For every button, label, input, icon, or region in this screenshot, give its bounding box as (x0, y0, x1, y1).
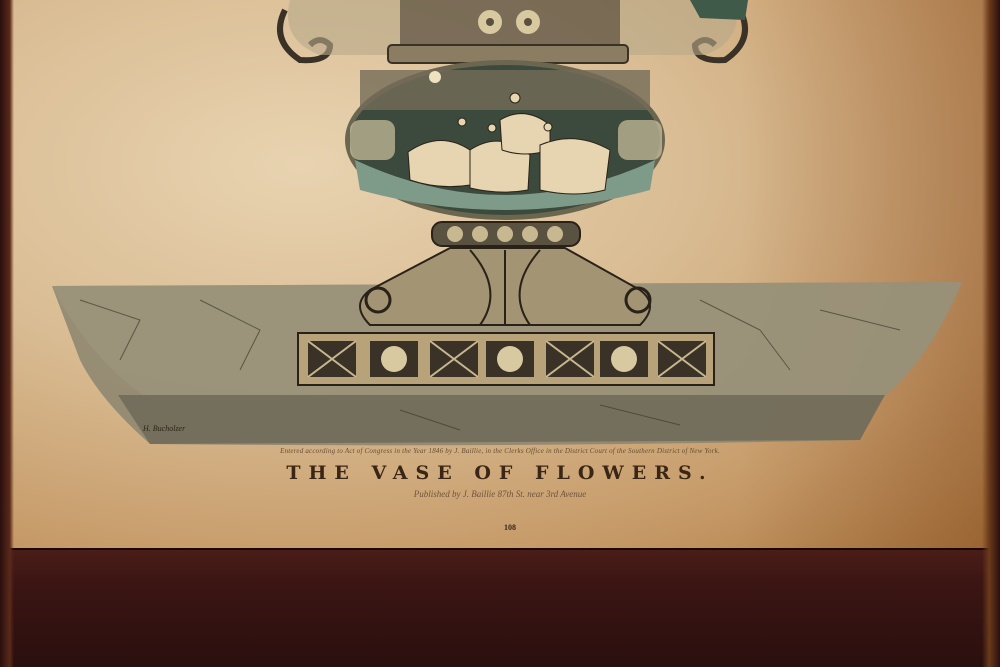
frame-right-edge (982, 0, 1000, 667)
wooden-frame (0, 548, 1000, 667)
copyright-line: Entered according to Act of Congress in … (220, 447, 780, 455)
vase-bowl (345, 60, 665, 220)
print-title: THE VASE OF FLOWERS. (220, 462, 780, 484)
acanthus-foot (360, 248, 650, 325)
publisher-line: Published by J. Baillie 87th St. near 3r… (350, 489, 650, 499)
frame-left-edge (0, 0, 14, 667)
moon (429, 71, 441, 83)
vase-base (298, 333, 714, 385)
artist-signature: H. Bucholzer (143, 424, 185, 433)
plate-number: 108 (480, 523, 540, 532)
